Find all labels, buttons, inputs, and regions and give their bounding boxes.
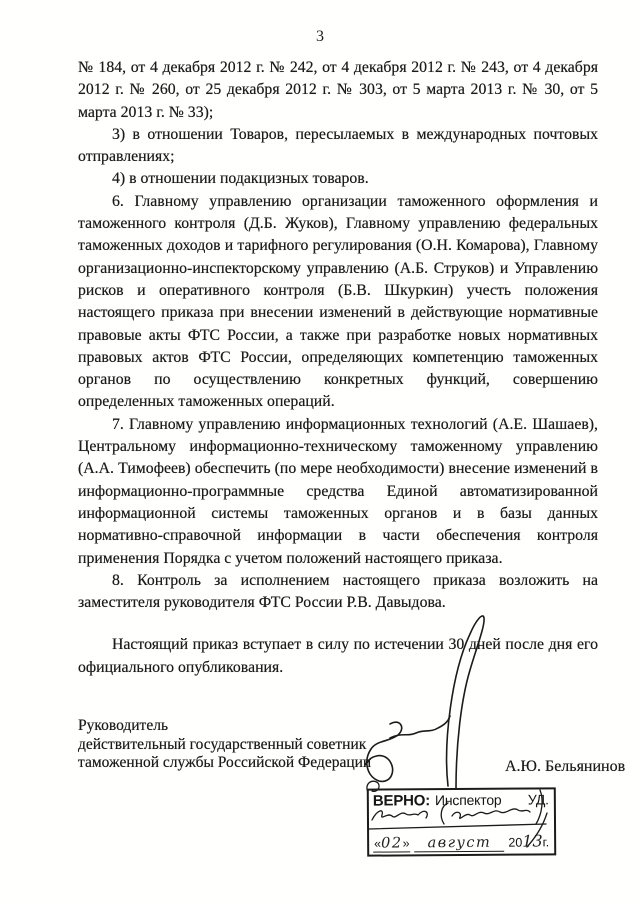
body-paragraph: Настоящий приказ вступает в силу по исте… (78, 634, 598, 679)
handwritten-month: август (414, 835, 504, 853)
body-paragraph: 4) в отношении подакцизных товаров. (78, 168, 598, 190)
stamp-header: ВЕРНО: Инспектор УД. (369, 789, 554, 809)
stamp-date-year: 2013г. (508, 831, 550, 850)
signer-title-line: таможенной службы Российской Федерации (78, 754, 408, 773)
signer-title-block: Руководитель действительный государствен… (78, 717, 408, 773)
stamp-date-line: «02» август 2013г. (373, 831, 550, 852)
signer-title-line: действительный государственный советник (78, 736, 408, 755)
body-paragraph: 7. Главному управлению информационных те… (78, 414, 598, 570)
document-page: 3 № 184, от 4 декабря 2012 г. № 242, от … (0, 0, 640, 905)
stamp-position-label: Инспектор (435, 792, 502, 808)
body-paragraph: 6. Главному управлению организации тамож… (78, 191, 598, 414)
signer-title-line: Руководитель (78, 717, 408, 736)
stamp-date-day: «02» (373, 835, 410, 852)
signer-name: А.Ю. Бельянинов (505, 758, 625, 776)
body-paragraph: 3) в отношении Товаров, пересылаемых в м… (78, 124, 598, 169)
body-paragraph: № 184, от 4 декабря 2012 г. № 242, от 4 … (78, 57, 598, 124)
certification-stamp: ВЕРНО: Инспектор УД. «02» август 2013г. (367, 787, 556, 856)
stamp-department-label: УД. (528, 791, 549, 807)
page-number: 3 (0, 28, 640, 46)
handwritten-year: 13 (522, 831, 542, 850)
body-paragraph: 8. Контроль за исполнением настоящего пр… (78, 570, 598, 615)
stamp-certified-label: ВЕРНО: (373, 792, 430, 809)
handwritten-day: 02 (381, 835, 403, 851)
document-body: № 184, от 4 декабря 2012 г. № 242, от 4 … (78, 57, 598, 679)
